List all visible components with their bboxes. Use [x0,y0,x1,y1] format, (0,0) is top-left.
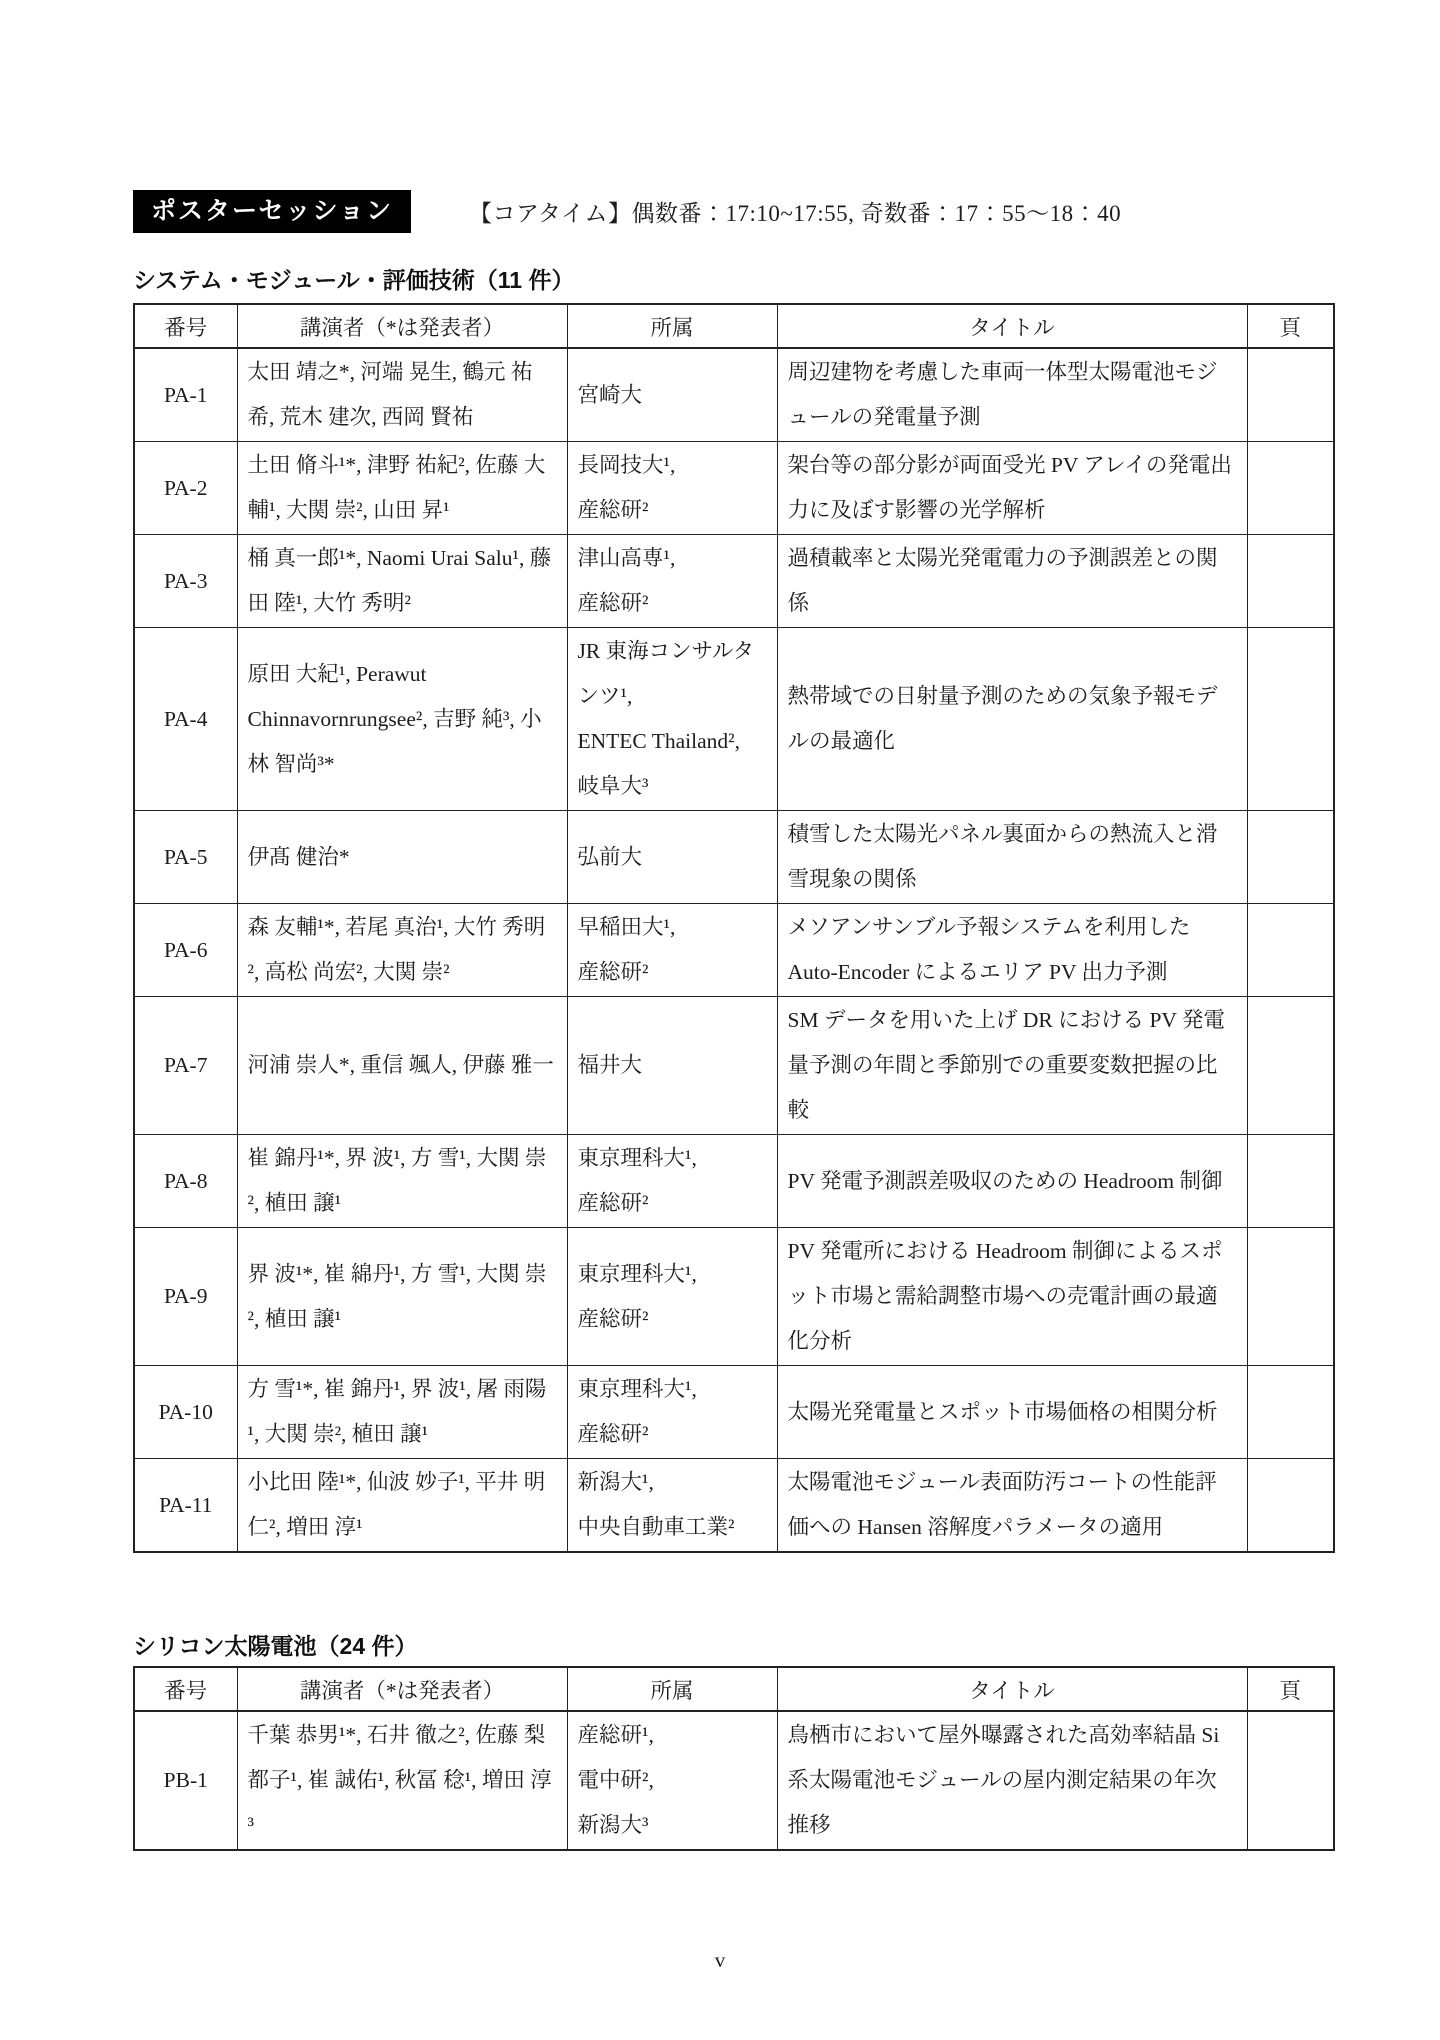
table-row: PA-6 森 友輔¹*, 若尾 真治¹, 大竹 秀明², 高松 尚宏², 大関 … [134,904,1334,997]
cell-number: PB-1 [134,1711,237,1850]
table-header-row: 番号 講演者（*は発表者） 所属 タイトル 頁 [134,1667,1334,1711]
col-header-affiliation: 所属 [567,304,777,348]
cell-title: 過積載率と太陽光発電電力の予測誤差との関係 [777,535,1247,628]
cell-speakers: 崔 錦丹¹*, 界 波¹, 方 雪¹, 大関 崇², 植田 譲¹ [237,1135,567,1228]
cell-number: PA-3 [134,535,237,628]
cell-affiliation: 宮崎大 [567,348,777,442]
col-header-speakers: 講演者（*は発表者） [237,304,567,348]
cell-page [1247,535,1334,628]
table-row: PA-2 土田 脩斗¹*, 津野 祐紀², 佐藤 大輔¹, 大関 崇², 山田 … [134,442,1334,535]
page-number: v [0,1948,1440,1973]
col-header-page: 頁 [1247,304,1334,348]
cell-speakers: 方 雪¹*, 崔 錦丹¹, 界 波¹, 屠 雨陽¹, 大関 崇², 植田 譲¹ [237,1366,567,1459]
col-header-number: 番号 [134,304,237,348]
table-row: PA-4 原田 大紀¹, Perawut Chinnavornrungsee²,… [134,628,1334,811]
section-heading-system-module: システム・モジュール・評価技術（11 件） [133,262,574,295]
table-row: PA-1 太田 靖之*, 河端 晃生, 鶴元 祐希, 荒木 建次, 西岡 賢祐 … [134,348,1334,442]
cell-title: 太陽電池モジュール表面防汚コートの性能評価への Hansen 溶解度パラメータの… [777,1459,1247,1553]
cell-title: 周辺建物を考慮した車両一体型太陽電池モジュールの発電量予測 [777,348,1247,442]
cell-affiliation: 長岡技大¹, 産総研² [567,442,777,535]
cell-page [1247,348,1334,442]
cell-title: 鳥栖市において屋外曝露された高効率結晶 Si 系太陽電池モジュールの屋内測定結果… [777,1711,1247,1850]
table-row: PA-10 方 雪¹*, 崔 錦丹¹, 界 波¹, 屠 雨陽¹, 大関 崇², … [134,1366,1334,1459]
cell-page [1247,904,1334,997]
cell-speakers: 土田 脩斗¹*, 津野 祐紀², 佐藤 大輔¹, 大関 崇², 山田 昇¹ [237,442,567,535]
cell-affiliation: 津山高専¹, 産総研² [567,535,777,628]
cell-number: PA-9 [134,1228,237,1366]
table-row: PA-7 河浦 崇人*, 重信 颯人, 伊藤 雅一 福井大 SM データを用いた… [134,997,1334,1135]
section-heading-silicon: シリコン太陽電池（24 件） [133,1628,418,1661]
cell-title: 架台等の部分影が両面受光 PV アレイの発電出力に及ぼす影響の光学解析 [777,442,1247,535]
cell-speakers: 森 友輔¹*, 若尾 真治¹, 大竹 秀明², 高松 尚宏², 大関 崇² [237,904,567,997]
cell-number: PA-6 [134,904,237,997]
cell-speakers: 原田 大紀¹, Perawut Chinnavornrungsee², 吉野 純… [237,628,567,811]
program-page: ポスターセッション 【コアタイム】偶数番：17:10~17:55, 奇数番：17… [0,0,1440,2040]
cell-title: SM データを用いた上げ DR における PV 発電量予測の年間と季節別での重要… [777,997,1247,1135]
col-header-affiliation: 所属 [567,1667,777,1711]
cell-page [1247,1711,1334,1850]
cell-title: 積雪した太陽光パネル裏面からの熱流入と滑雪現象の関係 [777,811,1247,904]
col-header-title: タイトル [777,1667,1247,1711]
cell-title: PV 発電所における Headroom 制御によるスポット市場と需給調整市場への… [777,1228,1247,1366]
cell-affiliation: 産総研¹, 電中研², 新潟大³ [567,1711,777,1850]
cell-speakers: 千葉 恭男¹*, 石井 徹之², 佐藤 梨都子¹, 崔 誠佑¹, 秋冨 稔¹, … [237,1711,567,1850]
cell-affiliation: JR 東海コンサルタンツ¹, ENTEC Thailand², 岐阜大³ [567,628,777,811]
cell-speakers: 太田 靖之*, 河端 晃生, 鶴元 祐希, 荒木 建次, 西岡 賢祐 [237,348,567,442]
cell-number: PA-11 [134,1459,237,1553]
col-header-speakers: 講演者（*は発表者） [237,1667,567,1711]
cell-speakers: 小比田 陸¹*, 仙波 妙子¹, 平井 明仁², 増田 淳¹ [237,1459,567,1553]
cell-number: PA-7 [134,997,237,1135]
cell-page [1247,628,1334,811]
cell-page [1247,1135,1334,1228]
table-row: PA-3 桶 真一郎¹*, Naomi Urai Salu¹, 藤田 陸¹, 大… [134,535,1334,628]
table-row: PA-8 崔 錦丹¹*, 界 波¹, 方 雪¹, 大関 崇², 植田 譲¹ 東京… [134,1135,1334,1228]
cell-affiliation: 早稲田大¹, 産総研² [567,904,777,997]
cell-number: PA-4 [134,628,237,811]
poster-session-header: ポスターセッション 【コアタイム】偶数番：17:10~17:55, 奇数番：17… [133,190,1121,233]
cell-page [1247,1459,1334,1553]
cell-affiliation: 新潟大¹, 中央自動車工業² [567,1459,777,1553]
cell-page [1247,997,1334,1135]
table-row: PA-9 界 波¹*, 崔 綿丹¹, 方 雪¹, 大関 崇², 植田 譲¹ 東京… [134,1228,1334,1366]
col-header-page: 頁 [1247,1667,1334,1711]
poster-session-badge: ポスターセッション [133,190,411,233]
table-row: PA-11 小比田 陸¹*, 仙波 妙子¹, 平井 明仁², 増田 淳¹ 新潟大… [134,1459,1334,1553]
cell-affiliation: 福井大 [567,997,777,1135]
cell-page [1247,442,1334,535]
cell-title: 熱帯域での日射量予測のための気象予報モデルの最適化 [777,628,1247,811]
cell-number: PA-1 [134,348,237,442]
cell-speakers: 河浦 崇人*, 重信 颯人, 伊藤 雅一 [237,997,567,1135]
core-time-text: 【コアタイム】偶数番：17:10~17:55, 奇数番：17：55～18：40 [469,195,1121,228]
cell-affiliation: 東京理科大¹, 産総研² [567,1228,777,1366]
cell-speakers: 界 波¹*, 崔 綿丹¹, 方 雪¹, 大関 崇², 植田 譲¹ [237,1228,567,1366]
col-header-number: 番号 [134,1667,237,1711]
session-table-silicon: 番号 講演者（*は発表者） 所属 タイトル 頁 PB-1 千葉 恭男¹*, 石井… [133,1666,1335,1851]
session-table-system-module: 番号 講演者（*は発表者） 所属 タイトル 頁 PA-1 太田 靖之*, 河端 … [133,303,1335,1553]
cell-page [1247,1228,1334,1366]
cell-page [1247,1366,1334,1459]
cell-number: PA-8 [134,1135,237,1228]
cell-number: PA-10 [134,1366,237,1459]
cell-affiliation: 東京理科大¹, 産総研² [567,1135,777,1228]
cell-title: PV 発電予測誤差吸収のための Headroom 制御 [777,1135,1247,1228]
cell-speakers: 伊髙 健治* [237,811,567,904]
col-header-title: タイトル [777,304,1247,348]
cell-number: PA-5 [134,811,237,904]
cell-speakers: 桶 真一郎¹*, Naomi Urai Salu¹, 藤田 陸¹, 大竹 秀明² [237,535,567,628]
cell-number: PA-2 [134,442,237,535]
table-header-row: 番号 講演者（*は発表者） 所属 タイトル 頁 [134,304,1334,348]
table-row: PA-5 伊髙 健治* 弘前大 積雪した太陽光パネル裏面からの熱流入と滑雪現象の… [134,811,1334,904]
cell-affiliation: 東京理科大¹, 産総研² [567,1366,777,1459]
cell-title: メソアンサンブル予報システムを利用した Auto-Encoder によるエリア … [777,904,1247,997]
table-row: PB-1 千葉 恭男¹*, 石井 徹之², 佐藤 梨都子¹, 崔 誠佑¹, 秋冨… [134,1711,1334,1850]
cell-affiliation: 弘前大 [567,811,777,904]
cell-title: 太陽光発電量とスポット市場価格の相関分析 [777,1366,1247,1459]
cell-page [1247,811,1334,904]
